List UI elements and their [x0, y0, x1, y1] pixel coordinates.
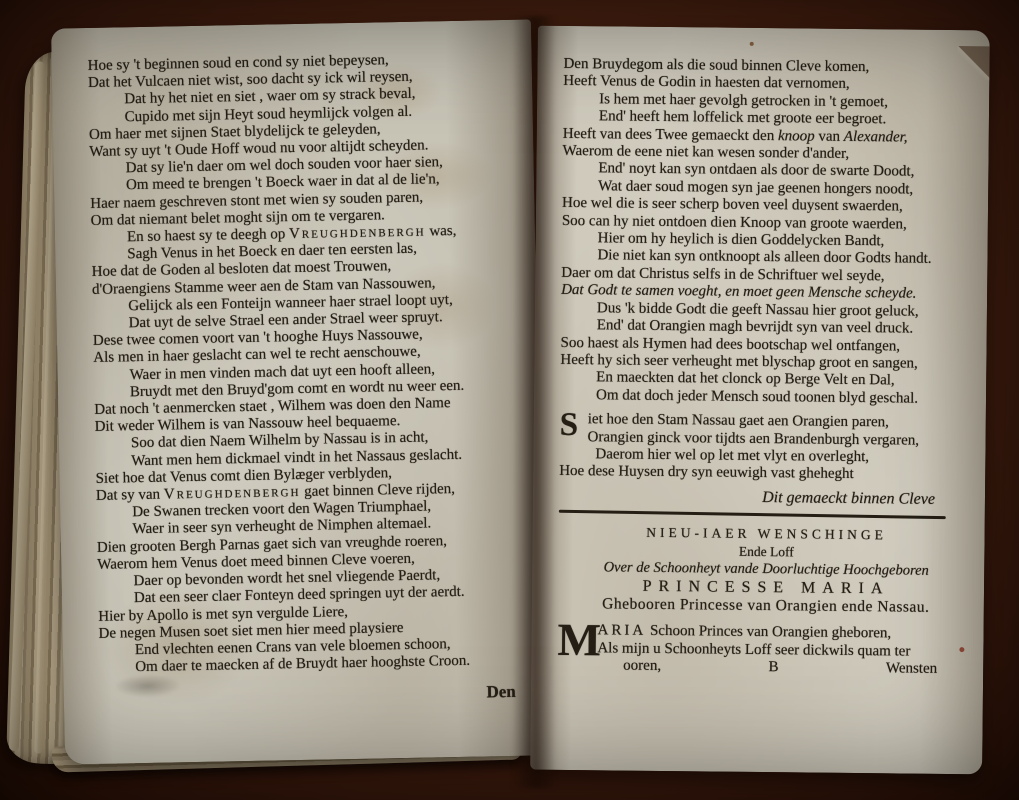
line-segment: En maeckten dat het clonck op Berge Velt…	[596, 370, 895, 389]
line-segment: Schoon Princes van Orangien gheboren,	[646, 623, 891, 642]
line-segment: Orangien ginck voor tijdts aen Brandenbu…	[588, 429, 920, 448]
poem-line: Om dat doch jeder Mensch soud toonen bly…	[560, 387, 976, 409]
princess-subline: Ghebooren Princesse van Orangien ende Na…	[558, 595, 974, 617]
stanza-nassau: S iet hoe den Stam Nassau gaet aen Orang…	[559, 411, 976, 485]
poem-line: Hoe dese Huysen dry syn eeuwigh vast ghe…	[559, 463, 975, 485]
line-segment: Heeft Venus de Godin in haesten dat vern…	[563, 73, 849, 92]
line-segment: van	[815, 128, 844, 144]
line-segment: ARIA	[597, 622, 646, 639]
line-segment: Die niet kan syn ontknoopt als alleen do…	[597, 248, 931, 267]
line-segment: Dat Godt te samen voeght, en moet geen M…	[561, 282, 916, 302]
line-segment: Om dat doch jeder Mensch soud toonen bly…	[596, 387, 918, 406]
stanza-nassau-lines: iet hoe den Stam Nassau gaet aen Orangie…	[559, 411, 976, 485]
line-segment: Alexander,	[844, 128, 908, 145]
line-segment: End' heeft hem loffelick met groote eer …	[599, 109, 886, 128]
drop-cap-m: M	[557, 621, 601, 659]
line-segment: Vreughdenbergh	[164, 484, 301, 503]
photo-backdrop: Hoe sy 't beginnen soud en cond sy niet …	[0, 0, 1019, 800]
line-segment: knoop	[778, 128, 815, 144]
line-segment: Wat daer soud mogen syn jae geenen honge…	[598, 178, 913, 197]
line-segment: Dus 'k bidde Godt die geeft Nassau hier …	[597, 300, 919, 319]
colophon: Dit gemaeckt binnen Cleve	[559, 487, 975, 509]
line-segment: Waerom de eene niet kan wesen sonder d'a…	[563, 143, 850, 162]
brown-speck	[750, 42, 754, 46]
line-segment: Heeft hy sich seer verheught met blyscha…	[560, 352, 918, 372]
stanza-maria-lines: ARIA Schoon Princes van Orangien ghebore…	[557, 622, 973, 661]
line-segment: Soo haest als Hymen had dees bootschap w…	[561, 334, 901, 354]
section-divider	[559, 510, 946, 519]
line-segment: End' dat Orangien magh bevrijdt syn van …	[597, 317, 914, 336]
line-segment: En so haest sy te deegh op	[127, 226, 289, 245]
line-segment: Hoe dese Huysen dry syn eeuwigh vast ghe…	[559, 463, 854, 482]
line-segment: gaet binnen Cleve rijden,	[300, 481, 455, 500]
line-segment: Vreughdenbergh	[289, 224, 426, 243]
catchword: Den	[486, 682, 516, 703]
line-segment: Hoe wel die is seer scherp boven veel du…	[562, 195, 903, 215]
signature-mark: B	[768, 659, 778, 677]
line-segment: Soo can hy niet ontdoen dien Knoop van g…	[562, 213, 907, 233]
left-page-text: Hoe sy 't beginnen soud en cond sy niet …	[88, 50, 534, 678]
right-poem: Den Bruydegom als die soud binnen Cleve …	[560, 56, 980, 408]
line-segment: End' noyt kan syn ontdaen als door de sw…	[598, 161, 914, 180]
line-segment: Als mijn u Schoonheyts Loff seer dickwil…	[597, 640, 910, 659]
right-page-text: Den Bruydegom als die soud binnen Cleve …	[557, 56, 979, 679]
line-segment: Dat sy van	[96, 487, 164, 504]
line-segment: Is hem met haer gevolgh getrocken in 't …	[599, 91, 888, 110]
line-segment: iet hoe den Stam Nassau gaet aen Orangie…	[588, 411, 889, 430]
stanza-maria: M ARIA Schoon Princes van Orangien ghebo…	[557, 622, 973, 661]
left-page: Hoe sy 't beginnen soud en cond sy niet …	[51, 19, 545, 764]
catchword: Wensten	[886, 660, 937, 678]
line-segment: Heeft van dees Twee gemaeckt den	[563, 126, 778, 144]
right-page: Den Bruydegom als die soud binnen Cleve …	[530, 26, 990, 775]
line-segment: Hier om hy heylich is dien Goddelycken B…	[598, 230, 885, 249]
line-segment: was,	[425, 223, 456, 240]
drop-cap-s: S	[560, 410, 579, 440]
line-segment: Daer om dat Christus selfs in de Schrift…	[561, 265, 884, 284]
line-segment: Daerom hier wel op let met vlyt en overl…	[595, 446, 869, 465]
runover-word: ooren,	[623, 658, 661, 676]
ink-smudge	[115, 674, 179, 697]
line-segment: Den Bruydegom als die soud binnen Cleve …	[563, 56, 869, 75]
